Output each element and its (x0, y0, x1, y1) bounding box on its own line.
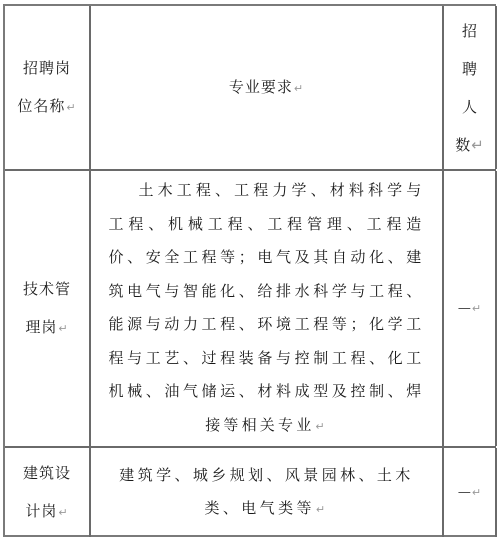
header-requirements-label: 专业要求 (229, 78, 293, 96)
position-name-line-1: 建筑设 (23, 454, 71, 492)
header-count-char-3: 人 (462, 88, 477, 126)
table-row: 建筑设 计岗↵ 建筑学、城乡规划、风景园林、土木类、电气类等↵ —↵ (5, 448, 496, 537)
table-row: 技术管 理岗↵ 土木工程、工程力学、材料科学与工程、机械工程、工程管理、工程造价… (5, 171, 496, 448)
paragraph-mark-icon: ↵ (316, 503, 329, 516)
header-requirements-cell: 专业要求↵ (91, 6, 444, 169)
position-name-line-2: 计岗↵ (23, 492, 71, 532)
header-count-cell: 招 聘 人 数↵ (444, 6, 497, 169)
paragraph-mark-icon: ↵ (472, 302, 481, 315)
paragraph-mark-icon: ↵ (294, 82, 304, 95)
header-position-name-cell: 招聘岗 位名称↵ (5, 6, 91, 169)
paragraph-mark-icon: ↵ (472, 486, 481, 499)
count-cell: —↵ (444, 171, 497, 446)
paragraph-mark-icon: ↵ (66, 101, 76, 114)
paragraph-mark-icon: ↵ (58, 322, 68, 335)
header-count-char-1: 招 (462, 12, 477, 50)
paragraph-mark-icon: ↵ (315, 420, 327, 433)
requirements-cell: 土木工程、工程力学、材料科学与工程、机械工程、工程管理、工程造价、安全工程等；电… (91, 171, 444, 446)
table-header-row: 招聘岗 位名称↵ 专业要求↵ 招 聘 人 数↵ (5, 6, 496, 171)
position-name-line-2: 理岗↵ (23, 308, 71, 348)
paragraph-mark-icon: ↵ (471, 136, 484, 154)
requirements-text: 土木工程、工程力学、材料科学与工程、机械工程、工程管理、工程造价、安全工程等；电… (109, 181, 425, 434)
position-name-cell: 建筑设 计岗↵ (5, 448, 91, 537)
count-value: — (458, 485, 471, 500)
recruitment-table: 招聘岗 位名称↵ 专业要求↵ 招 聘 人 数↵ 技术管 理岗↵ 土木工程、工程力… (3, 4, 496, 537)
count-value: — (458, 301, 471, 316)
paragraph-mark-icon: ↵ (58, 506, 68, 519)
position-name-line-1: 技术管 (23, 270, 71, 308)
requirements-cell: 建筑学、城乡规划、风景园林、土木类、电气类等↵ (91, 448, 444, 537)
position-name-cell: 技术管 理岗↵ (5, 171, 91, 446)
header-position-name-line-1: 招聘岗 (17, 49, 76, 87)
header-count-char-4: 数↵ (455, 126, 484, 164)
count-cell: —↵ (444, 448, 497, 537)
requirements-text: 建筑学、城乡规划、风景园林、土木类、电气类等 (119, 466, 413, 517)
header-count-char-2: 聘 (462, 50, 477, 88)
header-position-name-line-2: 位名称↵ (17, 87, 76, 127)
